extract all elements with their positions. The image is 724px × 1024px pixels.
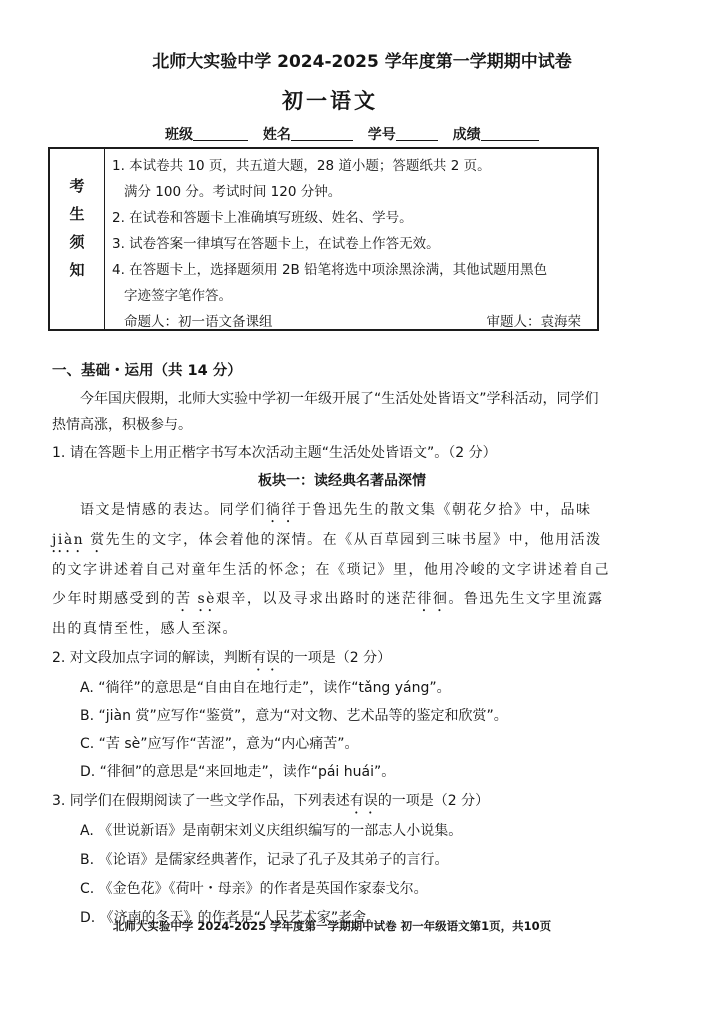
question-1: 1. 请在答题卡上用正楷字书写本次活动主题“生活处处皆语文”。（2 分） bbox=[52, 440, 612, 466]
field-class-blank bbox=[193, 126, 248, 141]
notice-item-1: 1. 本试卷共 10 页，共五道大题，28 道小题；答题纸共 2 页。 bbox=[112, 153, 589, 179]
notice-label-char: 须 bbox=[69, 228, 84, 256]
field-name-label: 姓名 bbox=[263, 127, 291, 143]
notice-item-4: 4. 在答题卡上，选择题须用 2B 铅笔将选中项涂黑涂满，其他试题用黑色 bbox=[112, 257, 589, 283]
notice-label: 考 生 须 知 bbox=[50, 149, 105, 329]
emphasized-word: jiàn 赏 bbox=[52, 532, 106, 548]
question-3-options: A. 《世说新语》是南朝宋刘义庆组织编写的一部志人小说集。 B. 《论语》是儒家… bbox=[52, 817, 612, 933]
field-score-blank bbox=[481, 126, 539, 141]
field-name-blank bbox=[291, 126, 353, 141]
exam-author: 命题人：初一语文备课组 bbox=[124, 309, 273, 335]
page-footer: 北师大实验中学 2024-2025 学年度第一学期期中试卷 初一年级语文第1页，… bbox=[0, 918, 664, 934]
block-title: 板块一：读经典名著品深情 bbox=[52, 468, 612, 494]
notice-item-4-cont: 字迹签字笔作答。 bbox=[112, 283, 589, 309]
notice-label-char: 知 bbox=[69, 256, 84, 284]
question-text: 2. 对文段加点字词的解读，判断 bbox=[52, 650, 252, 666]
option-c: C. “苦 sè”应写作“苦涩”，意为“内心痛苦”。 bbox=[52, 730, 612, 758]
emphasized-word: 有误 bbox=[350, 793, 378, 809]
passage-text: 艰辛，以及寻求出路时的迷茫 bbox=[216, 591, 418, 607]
question-text: 的一项是（2 分） bbox=[378, 793, 489, 809]
option-a: A. 《世说新语》是南朝宋刘义庆组织编写的一部志人小说集。 bbox=[52, 817, 612, 846]
field-id-blank bbox=[396, 126, 438, 141]
field-score-label: 成绩 bbox=[453, 127, 481, 143]
emphasized-word: 徜徉 bbox=[266, 502, 297, 518]
option-b: B. 《论语》是儒家经典著作，记录了孔子及其弟子的言行。 bbox=[52, 846, 612, 875]
passage-text: 于鲁迅先生的散文集《朝花夕拾》中，品味 bbox=[297, 502, 592, 518]
question-text: 3. 同学们在假期阅读了一些文学作品，下列表述 bbox=[52, 793, 350, 809]
exam-title: 北师大实验中学 2024-2025 学年度第一学期期中试卷 bbox=[0, 47, 724, 72]
notice-label-char: 生 bbox=[69, 200, 84, 228]
exam-page: 北师大实验中学 2024-2025 学年度第一学期期中试卷 初一语文 班级 姓名… bbox=[0, 0, 724, 1024]
notice-credits: 命题人：初一语文备课组 审题人：袁海荣 bbox=[112, 309, 589, 335]
section-intro: 今年国庆假期，北师大实验中学初一年级开展了“生活处处皆语文”学科活动，同学们热情… bbox=[52, 386, 612, 438]
notice-item-3: 3. 试卷答案一律填写在答题卡上，在试卷上作答无效。 bbox=[112, 231, 589, 257]
question-3-stem: 3. 同学们在假期阅读了一些文学作品，下列表述有误的一项是（2 分） bbox=[52, 788, 612, 817]
option-d: D. “徘徊”的意思是“来回地走”，读作“pái huái”。 bbox=[52, 758, 612, 786]
reading-passage: 语文是情感的表达。同学们徜徉于鲁迅先生的散文集《朝花夕拾》中，品味jiàn 赏先… bbox=[52, 496, 612, 643]
question-text: 的一项是（2 分） bbox=[280, 650, 391, 666]
option-b: B. “jiàn 赏”应写作“鉴赏”，意为“对文物、艺术品等的鉴定和欣赏”。 bbox=[52, 702, 612, 730]
field-id-label: 学号 bbox=[368, 127, 396, 143]
option-c: C. 《金色花》《荷叶・母亲》的作者是英国作家泰戈尔。 bbox=[52, 875, 612, 904]
emphasized-word: 有误 bbox=[252, 650, 280, 666]
exam-subject: 初一语文 bbox=[0, 85, 660, 115]
question-2-stem: 2. 对文段加点字词的解读，判断有误的一项是（2 分） bbox=[52, 645, 612, 674]
notice-item-1-cont: 满分 100 分。考试时间 120 分钟。 bbox=[112, 179, 589, 205]
section-heading: 一、基础・运用（共 14 分） bbox=[52, 358, 612, 384]
emphasized-word: 苦 sè bbox=[176, 591, 216, 607]
notice-items: 1. 本试卷共 10 页，共五道大题，28 道小题；答题纸共 2 页。 满分 1… bbox=[112, 153, 589, 335]
option-a: A. “徜徉”的意思是“自由自在地行走”，读作“tǎng yáng”。 bbox=[52, 674, 612, 702]
student-info-line: 班级 姓名 学号 成绩 bbox=[165, 124, 549, 144]
exam-reviewer: 审题人：袁海荣 bbox=[487, 309, 582, 335]
notice-item-2: 2. 在试卷和答题卡上准确填写班级、姓名、学号。 bbox=[112, 205, 589, 231]
notice-label-char: 考 bbox=[69, 172, 84, 200]
exam-notice-box: 考 生 须 知 1. 本试卷共 10 页，共五道大题，28 道小题；答题纸共 2… bbox=[48, 147, 599, 331]
emphasized-word: 徘徊 bbox=[417, 591, 448, 607]
passage-text: 语文是情感的表达。同学们 bbox=[80, 502, 266, 518]
field-class-label: 班级 bbox=[165, 127, 193, 143]
exam-content: 一、基础・运用（共 14 分） 今年国庆假期，北师大实验中学初一年级开展了“生活… bbox=[52, 358, 612, 933]
question-2-options: A. “徜徉”的意思是“自由自在地行走”，读作“tǎng yáng”。 B. “… bbox=[52, 674, 612, 786]
